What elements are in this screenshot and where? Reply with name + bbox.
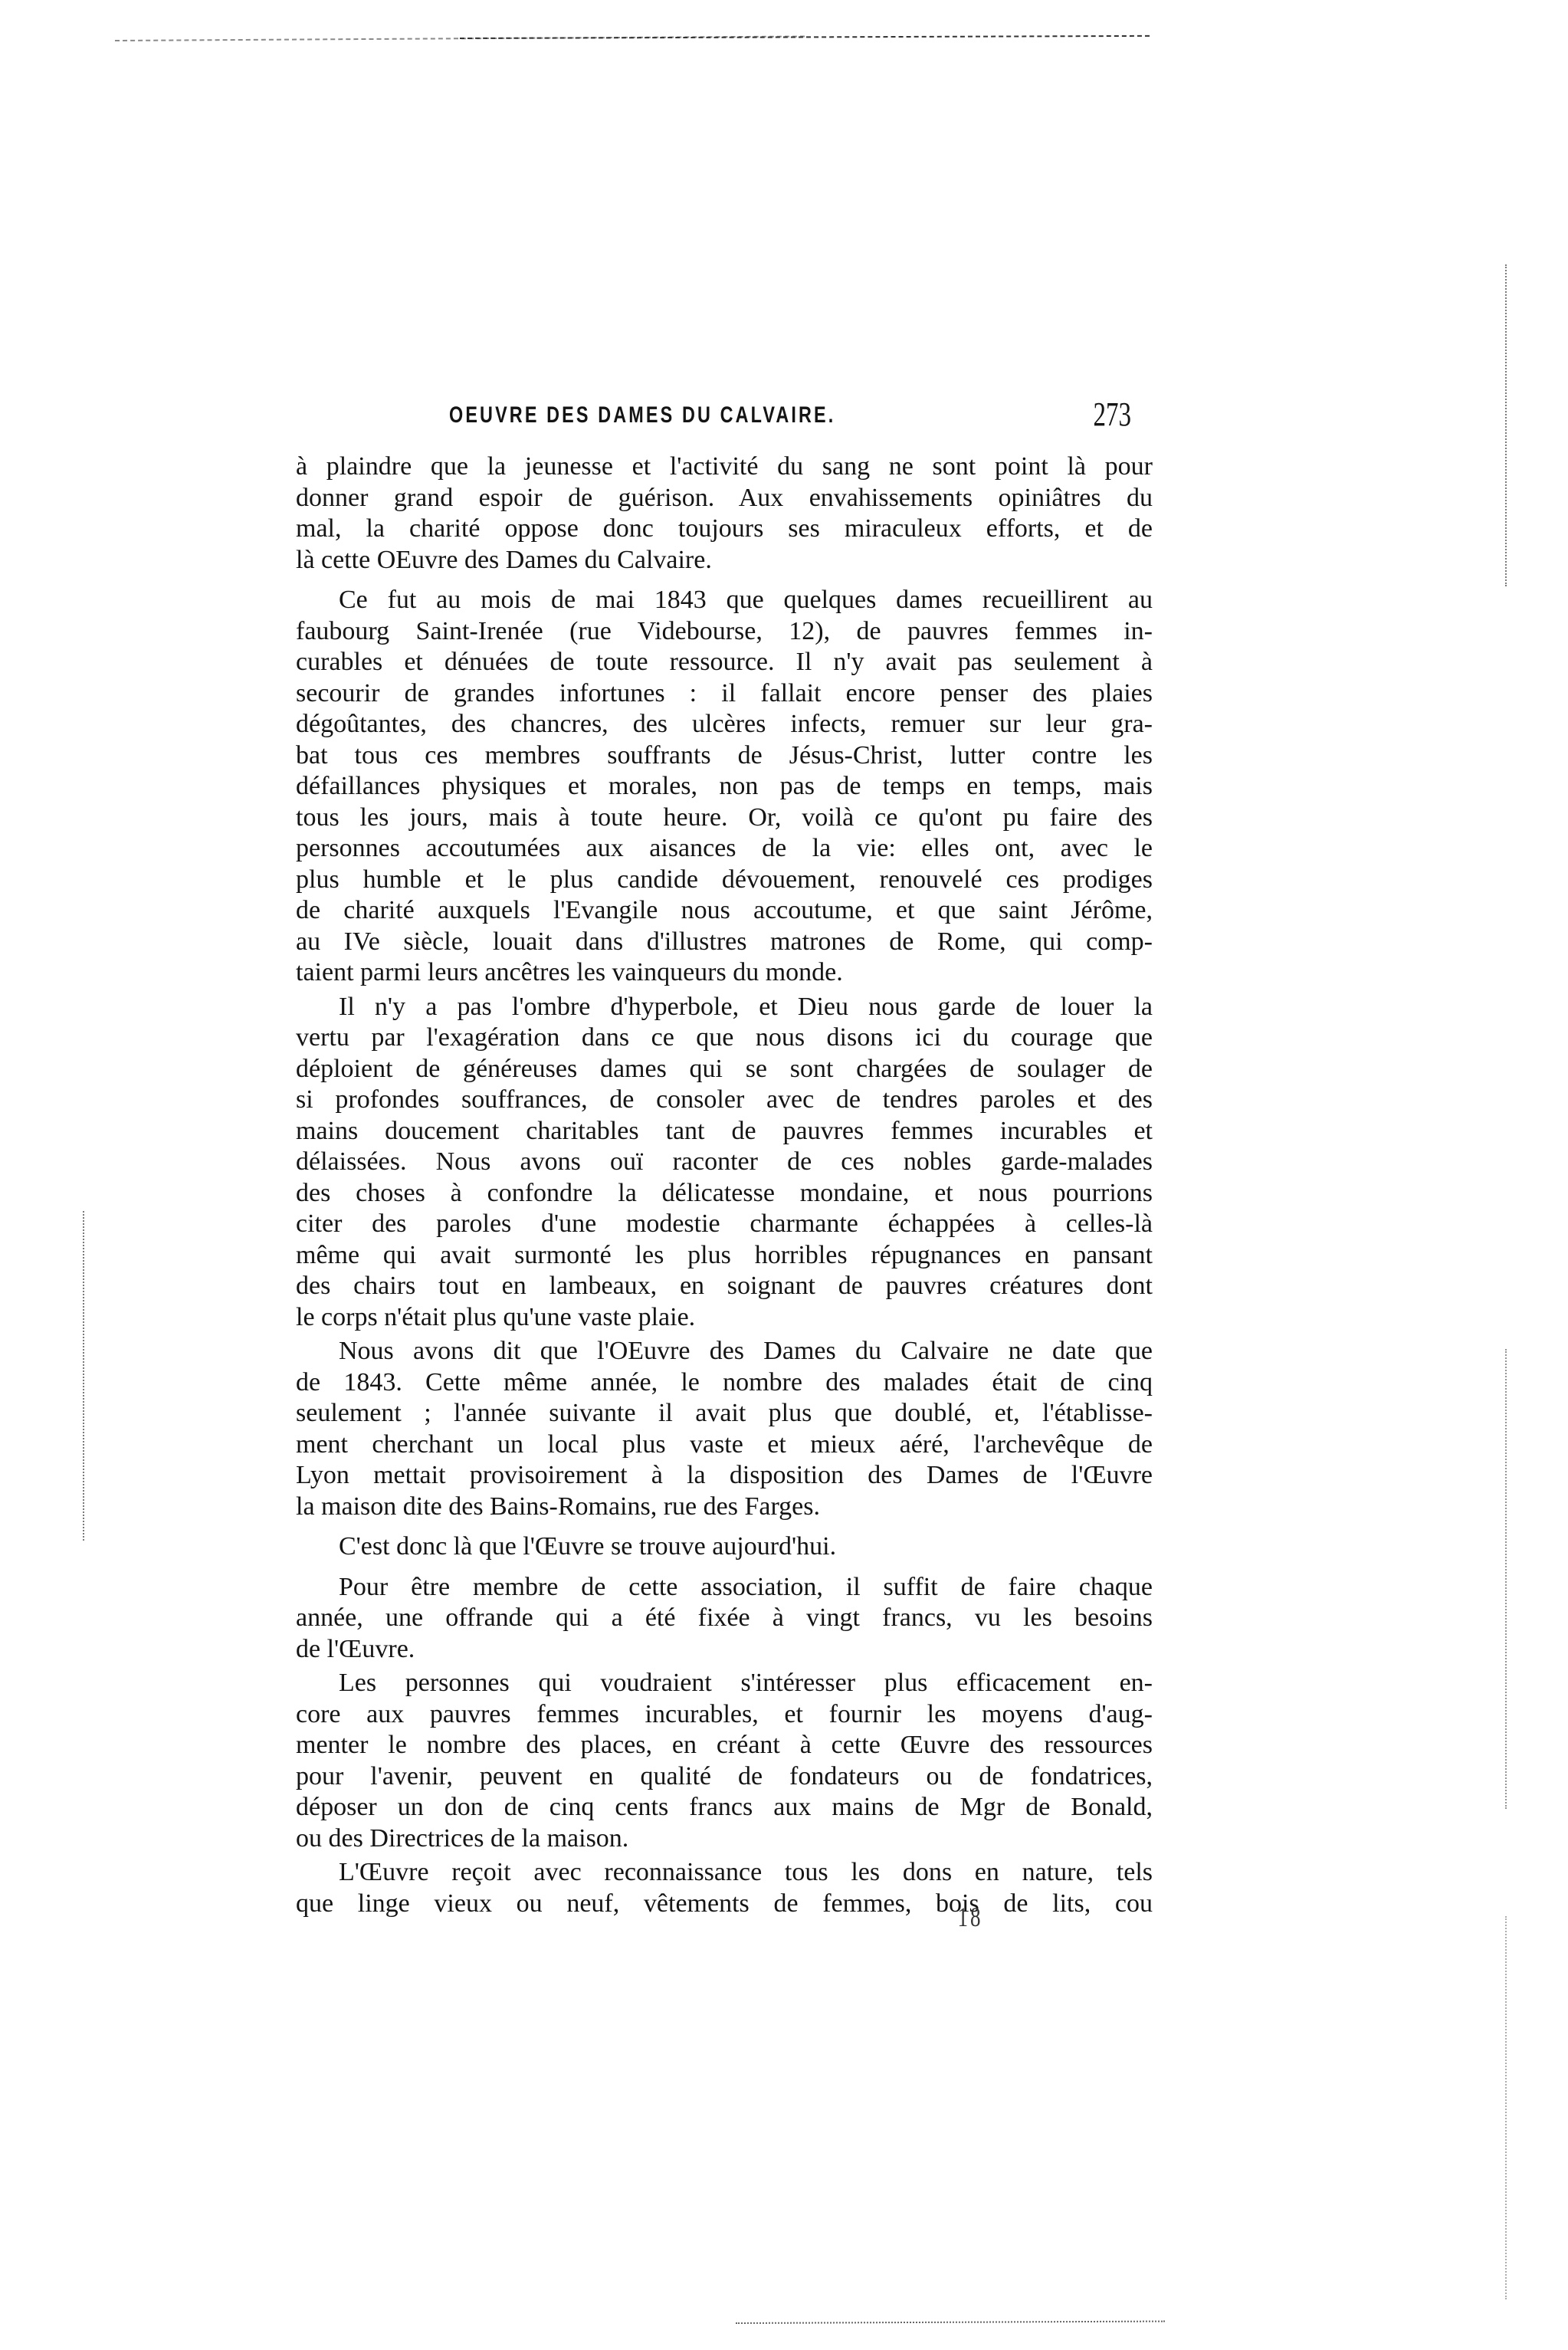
running-title: OEUVRE DES DAMES DU CALVAIRE. bbox=[449, 402, 835, 428]
text-line: personnes accoutumées aux aisances de la… bbox=[296, 833, 1153, 865]
scan-margin-marks-right bbox=[1505, 1349, 1508, 1809]
text-line: Pour être membre de cette association, i… bbox=[296, 1572, 1153, 1603]
text-line: mains doucement charitables tant de pauv… bbox=[296, 1116, 1153, 1147]
paragraph: L'Œuvre reçoit avec reconnaissance tous … bbox=[296, 1857, 1153, 1919]
running-head: OEUVRE DES DAMES DU CALVAIRE. 273 bbox=[296, 395, 1153, 441]
text-line: secourir de grandes infortunes : il fall… bbox=[296, 678, 1153, 710]
text-line: ou des Directrices de la maison. bbox=[296, 1823, 1153, 1855]
text-line: seulement ; l'année suivante il avait pl… bbox=[296, 1398, 1153, 1429]
text-line: Lyon mettait provisoirement à la disposi… bbox=[296, 1460, 1153, 1492]
scan-margin-marks-right bbox=[1505, 1916, 1508, 2299]
text-line: de l'Œuvre. bbox=[296, 1634, 1153, 1666]
text-line: C'est donc là que l'Œuvre se trouve aujo… bbox=[296, 1531, 1153, 1563]
text-line: mal, la charité oppose donc toujours ses… bbox=[296, 514, 1153, 545]
text-line: au IVe siècle, louait dans d'illustres m… bbox=[296, 927, 1153, 958]
text-line: la maison dite des Bains-Romains, rue de… bbox=[296, 1492, 1153, 1523]
page-number: 273 bbox=[1094, 395, 1132, 434]
text-line: menter le nombre des places, en créant à… bbox=[296, 1730, 1153, 1761]
paragraph: C'est donc là que l'Œuvre se trouve aujo… bbox=[296, 1531, 1153, 1563]
text-line: des choses à confondre la délicatesse mo… bbox=[296, 1178, 1153, 1209]
text-line: donner grand espoir de guérison. Aux env… bbox=[296, 483, 1153, 514]
text-line: curables et dénuées de toute ressource. … bbox=[296, 647, 1153, 678]
text-line: faubourg Saint-Irenée (rue Videbourse, 1… bbox=[296, 616, 1153, 648]
text-line: bat tous ces membres souffrants de Jésus… bbox=[296, 740, 1153, 772]
text-line: citer des paroles d'une modestie charman… bbox=[296, 1209, 1153, 1240]
paragraph: Les personnes qui voudraient s'intéresse… bbox=[296, 1668, 1153, 1854]
text-line: déposer un don de cinq cents francs aux … bbox=[296, 1792, 1153, 1823]
text-line: plus humble et le plus candide dévouemen… bbox=[296, 865, 1153, 896]
scan-margin-marks-right bbox=[1505, 264, 1508, 586]
text-line: défaillances physiques et morales, non p… bbox=[296, 771, 1153, 802]
text-line: Il n'y a pas l'ombre d'hyperbole, et Die… bbox=[296, 992, 1153, 1023]
text-line: année, une offrande qui a été fixée à vi… bbox=[296, 1603, 1153, 1634]
text-line: vertu par l'exagération dans ce que nous… bbox=[296, 1022, 1153, 1054]
paragraph: Nous avons dit que l'OEuvre des Dames du… bbox=[296, 1336, 1153, 1522]
signature-mark: 18 bbox=[958, 1901, 983, 1933]
scan-edge-top bbox=[460, 35, 1150, 39]
text-line: tous les jours, mais à toute heure. Or, … bbox=[296, 802, 1153, 834]
text-line: si profondes souffrances, de consoler av… bbox=[296, 1085, 1153, 1116]
text-line: Ce fut au mois de mai 1843 que quelques … bbox=[296, 585, 1153, 616]
paragraph: Il n'y a pas l'ombre d'hyperbole, et Die… bbox=[296, 992, 1153, 1334]
text-line: même qui avait surmonté les plus horribl… bbox=[296, 1240, 1153, 1272]
scan-edge-bottom bbox=[736, 2321, 1165, 2324]
text-line: Nous avons dit que l'OEuvre des Dames du… bbox=[296, 1336, 1153, 1367]
text-line: core aux pauvres femmes incurables, et f… bbox=[296, 1699, 1153, 1731]
text-line: de 1843. Cette même année, le nombre des… bbox=[296, 1367, 1153, 1399]
text-line: L'Œuvre reçoit avec reconnaissance tous … bbox=[296, 1857, 1153, 1889]
paragraph: Ce fut au mois de mai 1843 que quelques … bbox=[296, 585, 1153, 989]
text-line: dégoûtantes, des chancres, des ulcères i… bbox=[296, 709, 1153, 740]
text-line: à plaindre que la jeunesse et l'activité… bbox=[296, 451, 1153, 483]
paragraph: à plaindre que la jeunesse et l'activité… bbox=[296, 451, 1153, 576]
text-line: pour l'avenir, peuvent en qualité de fon… bbox=[296, 1761, 1153, 1793]
book-page: OEUVRE DES DAMES DU CALVAIRE. 273 à plai… bbox=[296, 395, 1153, 1919]
text-line: des chairs tout en lambeaux, en soignant… bbox=[296, 1271, 1153, 1302]
text-line: taient parmi leurs ancêtres les vainqueu… bbox=[296, 957, 1153, 989]
text-line: là cette OEuvre des Dames du Calvaire. bbox=[296, 545, 1153, 576]
text-line: délaissées. Nous avons ouï raconter de c… bbox=[296, 1147, 1153, 1178]
text-line: de charité auxquels l'Evangile nous acco… bbox=[296, 895, 1153, 927]
text-line: que linge vieux ou neuf, vêtements de fe… bbox=[296, 1889, 1153, 1920]
text-line: déploient de généreuses dames qui se son… bbox=[296, 1054, 1153, 1085]
text-line: le corps n'était plus qu'une vaste plaie… bbox=[296, 1302, 1153, 1334]
text-line: ment cherchant un local plus vaste et mi… bbox=[296, 1429, 1153, 1461]
paragraph: Pour être membre de cette association, i… bbox=[296, 1572, 1153, 1666]
scan-margin-marks-left bbox=[83, 1211, 86, 1541]
text-line: Les personnes qui voudraient s'intéresse… bbox=[296, 1668, 1153, 1699]
